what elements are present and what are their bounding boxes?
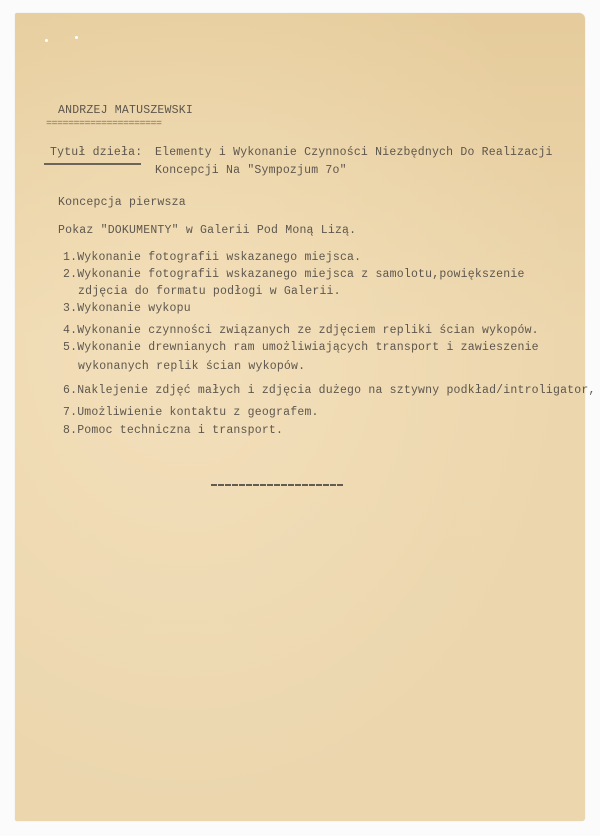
- title-line-2: Koncepcji Na "Sympozjum 7o": [155, 164, 347, 177]
- list-item-4: 4.Wykonanie czynności związanych ze zdję…: [63, 324, 539, 337]
- list-item-8: 8.Pomoc techniczna i transport.: [63, 424, 283, 437]
- list-item-2: 2.Wykonanie fotografii wskazanego miejsc…: [63, 268, 525, 281]
- show-title: Pokaz "DOKUMENTY" w Galerii Pod Moną Liz…: [58, 224, 356, 237]
- list-item-7: 7.Umożliwienie kontaktu z geografem.: [63, 406, 319, 419]
- title-label-underline: [44, 163, 141, 165]
- list-item-5: 5.Wykonanie drewnianych ram umożliwiając…: [63, 341, 539, 354]
- concept-heading: Koncepcja pierwsza: [58, 196, 186, 209]
- paper-speck: [45, 39, 48, 42]
- title-label: Tytuł dzieła:: [50, 146, 142, 159]
- list-item-2-continued: zdjęcia do formatu podłogi w Galerii.: [78, 285, 341, 298]
- list-item-6: 6.Naklejenie zdjęć małych i zdjęcia duże…: [63, 384, 596, 397]
- list-item-1: 1.Wykonanie fotografii wskazanego miejsc…: [63, 251, 361, 264]
- author-name: ANDRZEJ MATUSZEWSKI: [58, 104, 193, 117]
- list-item-5-continued: wykonanych replik ścian wykopów.: [78, 360, 305, 373]
- title-line-1: Elementy i Wykonanie Czynności Niezbędny…: [155, 146, 553, 159]
- author-double-underline: =====================: [46, 119, 162, 130]
- paper-speck: [75, 36, 78, 39]
- closing-separator-line: [211, 484, 344, 486]
- list-item-3: 3.Wykonanie wykopu: [63, 302, 191, 315]
